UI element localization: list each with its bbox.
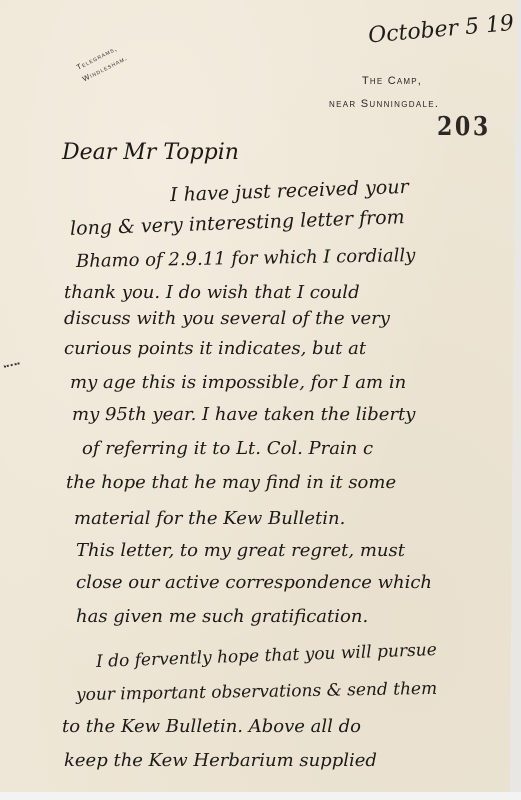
page-bottom-edge [0, 792, 521, 800]
letterhead-address-line1: The Camp, [362, 75, 422, 87]
letter-line: to the Kew Bulletin. Above all do [62, 716, 361, 737]
letter-line: I have just received your [170, 176, 409, 206]
letterhead-telegrams: Telegrams, Windlesham. [74, 40, 130, 86]
letter-line: This letter, to my great regret, must [76, 540, 405, 561]
letter-line: my 95th year. I have taken the liberty [72, 404, 415, 425]
letter-line: curious points it indicates, but at [64, 338, 366, 359]
letter-line: your important observations & send them [76, 679, 437, 705]
letter-line: close our active correspondence which [76, 572, 432, 593]
letter-line: keep the Kew Herbarium supplied [64, 750, 377, 771]
letter-line: I do fervently hope that you will pursue [96, 640, 437, 672]
letter-date: October 5 1911 [367, 8, 521, 48]
margin-ink-mark [4, 362, 21, 370]
letter-line: of referring it to Lt. Col. Prain c [82, 438, 373, 459]
salutation: Dear Mr Toppin [62, 140, 239, 165]
letterhead-address-line2: near Sunningdale. [329, 98, 439, 110]
letter-page: Telegrams, Windlesham. October 5 1911 Th… [0, 0, 516, 792]
letter-line: the hope that he may find in it some [66, 472, 396, 493]
letter-line: thank you. I do wish that I could [64, 282, 360, 303]
letter-line: long & very interesting letter from [70, 206, 405, 240]
letter-line: has given me such gratification. [76, 606, 368, 627]
letter-line: discuss with you several of the very [64, 308, 390, 329]
letter-line: Bhamo of 2.9.11 for which I cordially [76, 245, 416, 272]
letter-line: my age this is impossible, for I am in [70, 372, 406, 393]
archive-number-stamp: 203 [437, 112, 491, 142]
letter-line: material for the Kew Bulletin. [74, 508, 345, 529]
